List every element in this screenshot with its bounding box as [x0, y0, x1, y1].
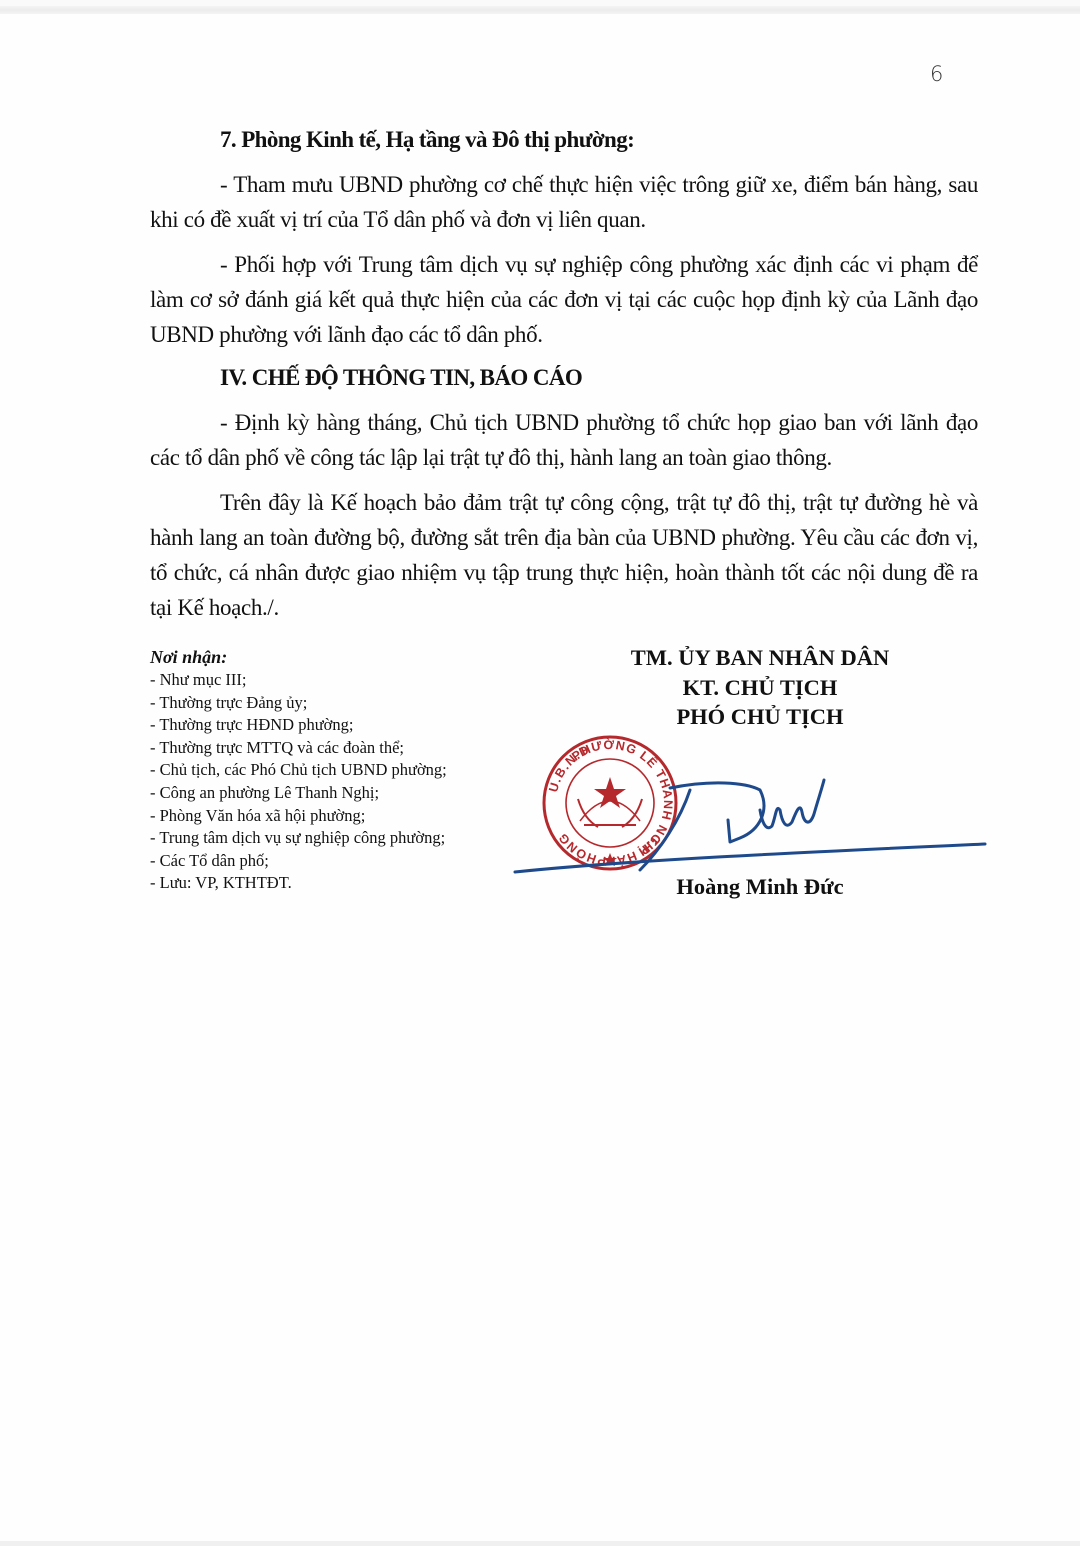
signer-name: Hoàng Minh Đức	[560, 874, 960, 900]
recipient-item: - Thường trực MTTQ và các đoàn thể;	[150, 737, 447, 760]
section-4-heading: IV. CHẾ ĐỘ THÔNG TIN, BÁO CÁO	[150, 360, 978, 395]
section-4-paragraph: - Định kỳ hàng tháng, Chủ tịch UBND phườ…	[150, 405, 978, 475]
section-4-paragraph-block: - Định kỳ hàng tháng, Chủ tịch UBND phườ…	[150, 405, 978, 475]
signature-title-line: PHÓ CHỦ TỊCH	[560, 702, 960, 732]
closing-paragraph: Trên đây là Kế hoạch bảo đảm trật tự côn…	[150, 485, 978, 625]
page-number: 6	[930, 62, 943, 86]
section-7-heading: 7. Phòng Kinh tế, Hạ tầng và Đô thị phườ…	[150, 122, 978, 157]
closing-block: Trên đây là Kế hoạch bảo đảm trật tự côn…	[150, 485, 978, 625]
recipient-item: - Thường trực Đảng ủy;	[150, 692, 447, 715]
recipient-item: - Các Tổ dân phố;	[150, 850, 447, 873]
signature-title-line: TM. ỦY BAN NHÂN DÂN	[560, 643, 960, 673]
section-7-paragraph: - Phối hợp với Trung tâm dịch vụ sự nghi…	[150, 247, 978, 352]
recipients-list: Nơi nhận: - Như mục III; - Thường trực Đ…	[150, 645, 447, 895]
viewer-bottom-band	[0, 1541, 1080, 1546]
signature-title-line: KT. CHỦ TỊCH	[560, 673, 960, 703]
handwritten-signature	[510, 760, 990, 880]
section-7-block: 7. Phòng Kinh tế, Hạ tầng và Đô thị phườ…	[150, 122, 978, 157]
recipient-item: - Thường trực HĐND phường;	[150, 714, 447, 737]
recipient-item: - Như mục III;	[150, 669, 447, 692]
section-7-paragraph-1-block: - Tham mưu UBND phường cơ chế thực hiện …	[150, 167, 978, 237]
section-7-paragraph: - Tham mưu UBND phường cơ chế thực hiện …	[150, 167, 978, 237]
recipient-item: - Lưu: VP, KTHTĐT.	[150, 872, 447, 895]
recipient-item: - Trung tâm dịch vụ sự nghiệp công phườn…	[150, 827, 447, 850]
section-4-block: IV. CHẾ ĐỘ THÔNG TIN, BÁO CÁO	[150, 360, 978, 395]
recipient-item: - Chủ tịch, các Phó Chủ tịch UBND phường…	[150, 759, 447, 782]
signature-title-block: TM. ỦY BAN NHÂN DÂN KT. CHỦ TỊCH PHÓ CHỦ…	[560, 643, 960, 732]
section-7-paragraph-2-block: - Phối hợp với Trung tâm dịch vụ sự nghi…	[150, 247, 978, 352]
viewer-top-band	[0, 6, 1080, 14]
recipient-item: - Công an phường Lê Thanh Nghị;	[150, 782, 447, 805]
recipient-item: - Phòng Văn hóa xã hội phường;	[150, 805, 447, 828]
recipients-label: Nơi nhận:	[150, 645, 447, 669]
